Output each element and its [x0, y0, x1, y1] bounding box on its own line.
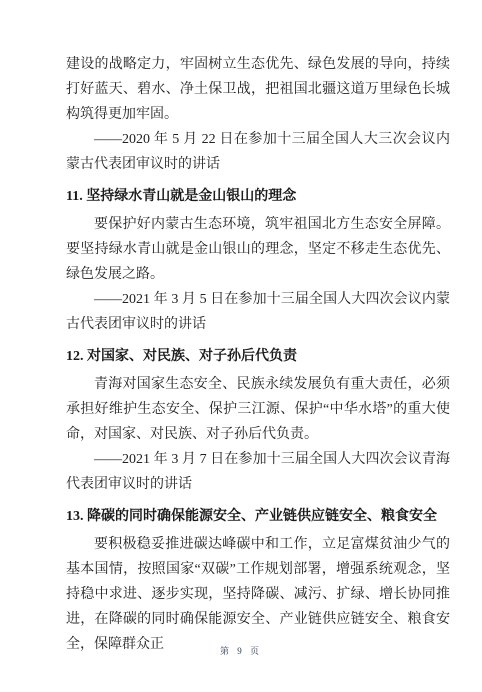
section-heading-11: 11. 坚持绿水青山就是金山银山的理念	[66, 184, 450, 209]
page-number: 第 9 页	[0, 645, 482, 657]
section-heading-12: 12. 对国家、对民族、对子孙后代负责	[66, 344, 450, 369]
document-body: 建设的战略定力，牢固树立生态优先、绿色发展的导向，持续打好蓝天、碧水、净土保卫战…	[66, 52, 450, 657]
document-page: 建设的战略定力，牢固树立生态优先、绿色发展的导向，持续打好蓝天、碧水、净土保卫战…	[0, 0, 482, 692]
paragraph-section-13: 要积极稳妥推进碳达峰碳中和工作，立足富煤贫油少气的基本国情，按照国家“双碳”工作…	[66, 532, 450, 657]
quote-attribution-3: ——2021 年 3 月 7 日在参加十三届全国人大四次会议青海代表团审议时的讲…	[66, 447, 450, 497]
paragraph-section-11: 要保护好内蒙古生态环境，筑牢祖国北方生态安全屏障。要坚持绿水青山就是金山银山的理…	[66, 212, 450, 287]
quote-attribution-1: ——2020 年 5 月 22 日在参加十三届全国人大三次会议内蒙古代表团审议时…	[66, 127, 450, 177]
paragraph-section-12: 青海对国家生态安全、民族永续发展负有重大责任，必须承担好维护生态安全、保护三江源…	[66, 372, 450, 447]
quote-attribution-2: ——2021 年 3 月 5 日在参加十三届全国人大四次会议内蒙古代表团审议时的…	[66, 287, 450, 337]
paragraph-continuation: 建设的战略定力，牢固树立生态优先、绿色发展的导向，持续打好蓝天、碧水、净土保卫战…	[66, 52, 450, 127]
section-heading-13: 13. 降碳的同时确保能源安全、产业链供应链安全、粮食安全	[66, 504, 450, 529]
